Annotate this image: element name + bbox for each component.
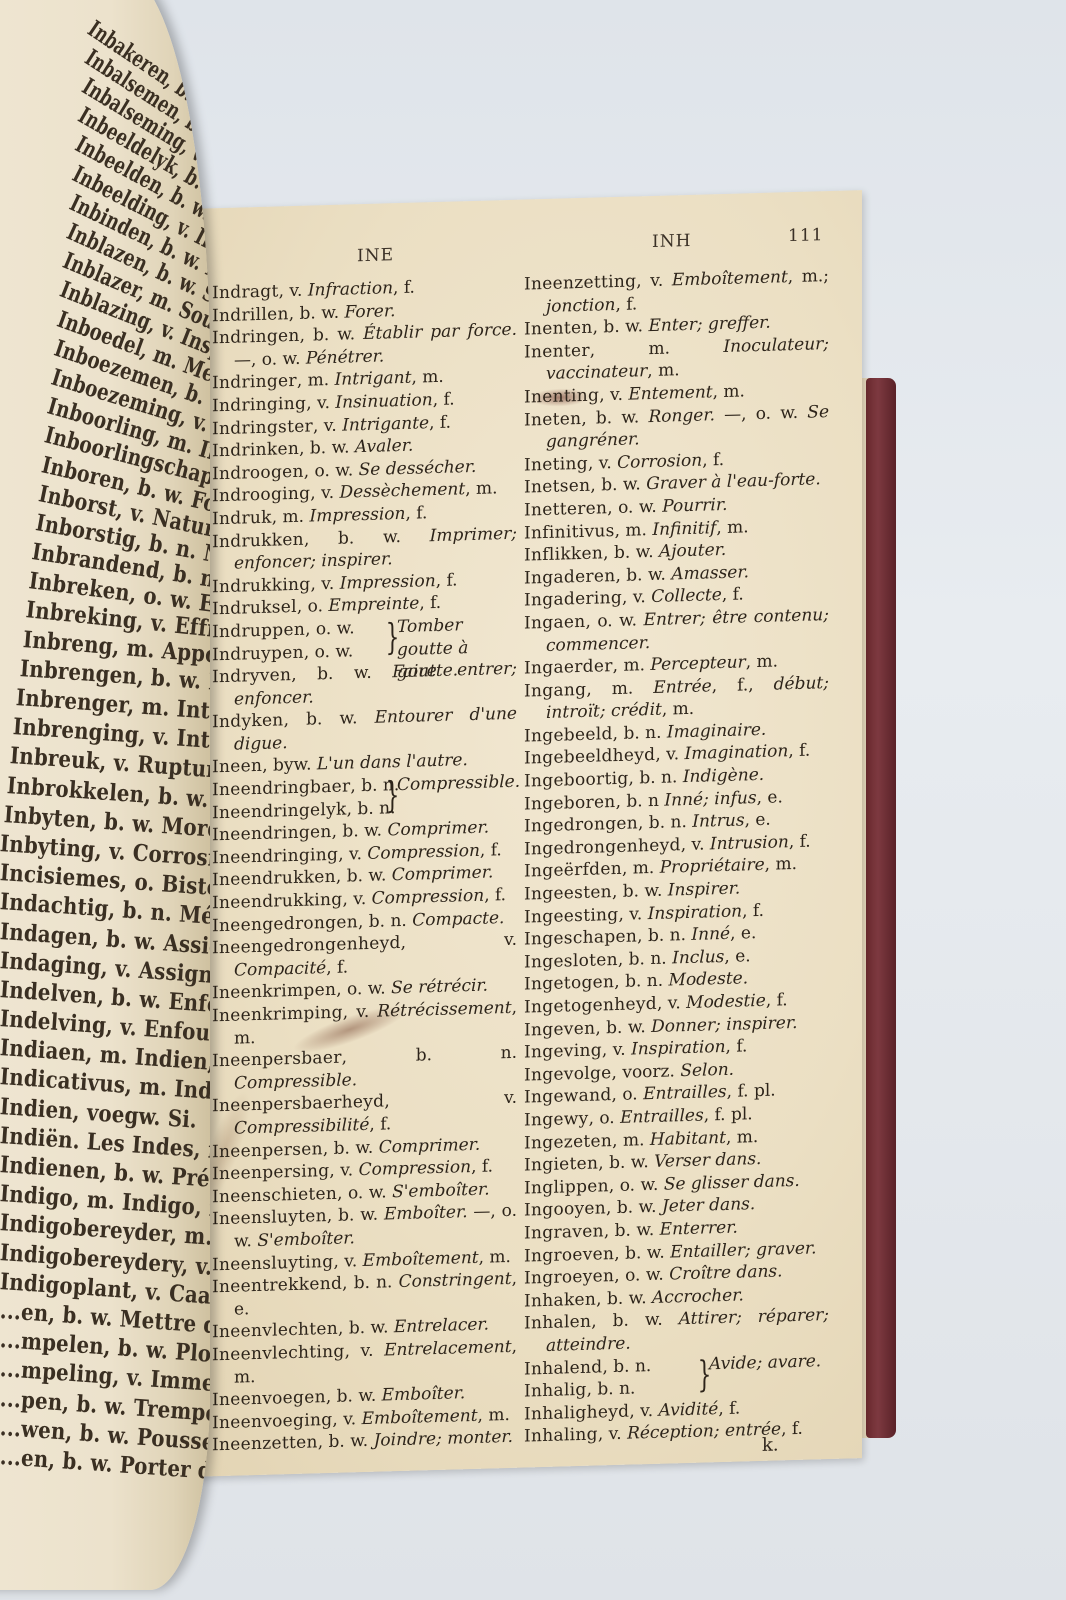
headword: Ingeërfden bbox=[524, 859, 622, 882]
headword: Inhalig bbox=[524, 1380, 587, 1402]
gender-label: , f. bbox=[781, 1419, 803, 1440]
grammar-label: , b. w. bbox=[304, 526, 430, 550]
translation: Intrigante bbox=[342, 413, 429, 435]
headword: Inhaligheyd bbox=[524, 1401, 629, 1424]
translation: Insinuation bbox=[335, 390, 432, 413]
headword: Indroogen bbox=[212, 461, 304, 484]
gender-label: , m. bbox=[411, 367, 443, 388]
grammar-label: , b. w. bbox=[323, 1137, 379, 1159]
headword: Indragt bbox=[212, 281, 279, 303]
headword: Indrukking bbox=[212, 574, 311, 597]
gender-label: , f. bbox=[718, 1398, 740, 1419]
headword: Ineenkrimpen bbox=[212, 980, 336, 1003]
headword: Indrukken bbox=[212, 529, 304, 552]
translation: Verser dans. bbox=[654, 1149, 761, 1172]
book-cover-edge bbox=[866, 378, 896, 1438]
headword: Ineenzetten bbox=[212, 1433, 318, 1456]
translation: Emboîtement bbox=[362, 1406, 478, 1429]
grammar-label: , b. n. bbox=[358, 910, 412, 932]
grammar-label: , b. w. bbox=[595, 1017, 651, 1039]
grammar-label: , v. bbox=[338, 844, 367, 865]
translation: Accrocher. bbox=[652, 1285, 744, 1308]
dictionary-page: INE INH 111 Indragt, v. Infraction, f.In… bbox=[150, 190, 862, 1478]
headword: Inhalen bbox=[524, 1312, 591, 1334]
headword: Indrillen bbox=[212, 304, 289, 326]
translation: Intrus bbox=[692, 811, 744, 832]
grammar-label: , o. w. bbox=[305, 618, 355, 639]
grammar-label: , o. bbox=[589, 1108, 621, 1129]
bracketed-entry-group: Indruppen, o. w. Indruypen, o. w. Tomber… bbox=[212, 613, 517, 667]
headword: Ineengedrongenheyd bbox=[212, 933, 401, 958]
grammar-label: , v. bbox=[313, 415, 342, 436]
grammar-label: , v. bbox=[598, 1424, 627, 1445]
translation: Intrusion bbox=[710, 832, 789, 854]
translation: Entrelacement bbox=[384, 1337, 512, 1361]
translation: Infinitif bbox=[652, 518, 716, 540]
grammar-label: , m. bbox=[586, 678, 653, 700]
grammar-label: , b. w. bbox=[596, 1288, 652, 1310]
translation: Dessèchement bbox=[340, 480, 466, 504]
translation: Impression bbox=[340, 571, 436, 594]
translation: Donner; inspirer. bbox=[651, 1013, 797, 1037]
headword: Ineenvoegen bbox=[212, 1387, 326, 1410]
grammar-label: , o. w. bbox=[607, 497, 662, 519]
gender-label: , f. bbox=[471, 1157, 493, 1178]
translation: Se rétrécir. bbox=[391, 976, 488, 999]
grammar-label: , m. bbox=[613, 655, 651, 676]
grammar-label: , b. n. bbox=[602, 1355, 651, 1376]
translation: Modeste. bbox=[669, 969, 749, 991]
grammar-label: , o. w. bbox=[337, 1182, 392, 1204]
headword: Ineenpersing bbox=[212, 1161, 329, 1184]
headword: Ineen bbox=[212, 756, 262, 777]
translation: Enterrer. bbox=[660, 1218, 738, 1240]
headword: Indryven bbox=[212, 665, 291, 687]
translation: Pourrir. bbox=[662, 495, 727, 517]
headword: Ineenpersbaer bbox=[212, 1048, 342, 1072]
headword: Ingeving bbox=[524, 1041, 602, 1063]
grammar-label: , m. bbox=[272, 506, 310, 527]
translation: Compression bbox=[367, 841, 480, 864]
grammar-label: , m. bbox=[622, 858, 660, 879]
grammar-label: , b. w. bbox=[300, 324, 363, 346]
headword: Inenting bbox=[524, 385, 599, 407]
bracketed-entry-group: Ineendringbaer, b. n. Ineendringelyk, b.… bbox=[212, 771, 517, 825]
gender-label: , f. bbox=[484, 885, 506, 906]
gender-label: , f. bbox=[722, 585, 744, 606]
translation: Comprimer. bbox=[379, 1134, 481, 1157]
headword: Ineting bbox=[524, 454, 588, 476]
translation: Réception; entrée bbox=[627, 1420, 781, 1444]
translation: Forer. bbox=[345, 301, 396, 322]
translation: Jeter dans. bbox=[662, 1194, 755, 1217]
grammar-label: , b. n. bbox=[342, 1272, 398, 1294]
grammar-label: , v. bbox=[343, 1002, 378, 1023]
translation: Entrée bbox=[653, 676, 711, 698]
headword: Inenten bbox=[524, 318, 593, 340]
headword: Indringen bbox=[212, 326, 300, 348]
translation: Corrosion bbox=[617, 450, 702, 472]
headword: Ineensluyten bbox=[212, 1206, 327, 1229]
gender-label: , f. bbox=[369, 1114, 391, 1135]
gender-label: , e. bbox=[745, 810, 771, 831]
grammar-label: , o. bbox=[297, 596, 329, 617]
grammar-label: , b. w. bbox=[612, 881, 668, 903]
translation: Propriétaire bbox=[660, 855, 765, 878]
grammar-label: , b. w. bbox=[604, 1220, 660, 1242]
grammar-label: , v. bbox=[655, 745, 684, 766]
signature-mark: k. bbox=[762, 1434, 779, 1455]
grammar-label: , v. bbox=[681, 834, 710, 855]
translation: Entrailles bbox=[643, 1082, 727, 1104]
grammar-label: , v. bbox=[619, 904, 648, 925]
translation: Selon. bbox=[680, 1059, 734, 1081]
grammar-label: , v. bbox=[599, 385, 628, 406]
headword: Ingetogenheyd bbox=[524, 994, 657, 1018]
grammar-label: , b. w. bbox=[326, 1386, 382, 1408]
headword: Ineendringing bbox=[212, 845, 338, 869]
translation: Imaginaire. bbox=[667, 720, 766, 743]
gender-label: , f. bbox=[766, 990, 788, 1011]
headword: Inglippen bbox=[524, 1176, 609, 1198]
translation: L'un dans l'autre. bbox=[317, 751, 468, 775]
translation: Compression bbox=[372, 886, 485, 909]
headword: Inetteren bbox=[524, 498, 607, 520]
headword: Indruypen bbox=[212, 642, 304, 665]
left-column: Indragt, v. Infraction, f.Indrillen, b. … bbox=[212, 274, 517, 1457]
translation: jonction bbox=[546, 295, 615, 317]
gender-label: , m. bbox=[647, 361, 679, 382]
gender-label: , e. bbox=[757, 787, 783, 808]
headword: Ingevolge bbox=[524, 1063, 612, 1085]
headword: Indruksel bbox=[212, 597, 297, 619]
grammar-label: , b. n. bbox=[638, 812, 692, 834]
headword: Inflikken bbox=[524, 543, 603, 565]
translation: Emboîtement bbox=[672, 267, 788, 290]
grammar-label: , v. bbox=[602, 1040, 631, 1061]
shared-translation: Compressible. bbox=[381, 771, 517, 797]
translation: Ronger. bbox=[648, 405, 715, 427]
grammar-label: , b. n. bbox=[613, 722, 667, 744]
translation: Amasser. bbox=[671, 562, 749, 584]
headword: Ingewy bbox=[524, 1109, 589, 1131]
grammar-label: , b. n. bbox=[637, 925, 691, 947]
translation: Compacité bbox=[234, 958, 326, 981]
grammar-label: , b. w. bbox=[593, 316, 649, 338]
translation: Inné bbox=[691, 924, 730, 945]
grammar-label: , b. w. bbox=[606, 1197, 662, 1219]
headword: Ingieten bbox=[524, 1154, 598, 1176]
translation: Joindre; monter. bbox=[374, 1427, 514, 1451]
translation: Infraction bbox=[308, 278, 393, 300]
grammar-label: , v. bbox=[345, 1340, 384, 1361]
translation: Se dessécher. bbox=[359, 457, 477, 480]
grammar-label: , b. n. bbox=[629, 767, 683, 789]
headword: Infinitivus bbox=[524, 521, 615, 544]
translation: Intrigant bbox=[335, 368, 412, 390]
headword: Indringer bbox=[212, 371, 297, 393]
grammar-label: , v. bbox=[622, 587, 651, 608]
headword: Ineengedrongen bbox=[212, 912, 358, 936]
grammar-label: , o. w. bbox=[304, 460, 359, 482]
headword: Ingaerder bbox=[524, 656, 613, 678]
gender-label: , m. bbox=[726, 1127, 758, 1148]
headword: Ingewand bbox=[524, 1085, 612, 1107]
grammar-label: , v. bbox=[384, 1088, 517, 1112]
grammar-label: , voorz. bbox=[612, 1061, 681, 1083]
gender-label: , f. bbox=[419, 593, 441, 614]
translation: Collecte bbox=[651, 585, 722, 607]
gender-label: , f. bbox=[405, 503, 427, 524]
grammar-label: , v. bbox=[279, 281, 308, 302]
grammar-label: , byw. bbox=[262, 755, 317, 777]
gender-label: , f. bbox=[433, 389, 455, 410]
headword: Ingadering bbox=[524, 588, 622, 611]
gender-label: , f. bbox=[393, 278, 415, 299]
grammar-label: , m. bbox=[612, 1130, 650, 1151]
headword: Ineentrekkend bbox=[212, 1274, 342, 1298]
translation: Entrelacer. bbox=[394, 1315, 489, 1338]
gender-label: —, o. w. bbox=[715, 402, 807, 425]
grammar-label: , b. w. bbox=[581, 407, 648, 429]
gender-label: , m. bbox=[478, 1405, 510, 1426]
gender-label: , f. bbox=[726, 1037, 748, 1058]
grammar-label: , m. bbox=[297, 370, 335, 391]
grammar-label: , v. bbox=[636, 270, 672, 291]
translation: Ajouter. bbox=[659, 540, 726, 562]
gender-label: , m. bbox=[746, 652, 778, 673]
grammar-label: , o. bbox=[612, 1085, 644, 1106]
headword: Ingaderen bbox=[524, 566, 615, 589]
grammar-label: , m. bbox=[590, 337, 724, 361]
headword: Ineendringen bbox=[212, 822, 332, 845]
headword: Ingebeeld bbox=[524, 724, 613, 746]
translation: Rétrécissement bbox=[377, 998, 511, 1022]
headword: Ineenkrimping bbox=[212, 1003, 343, 1027]
grammar-label: , b. w. bbox=[614, 1242, 670, 1264]
gender-label: , f. pl. bbox=[727, 1081, 776, 1102]
headword: Ingeboren bbox=[524, 792, 616, 815]
gender-label: , f. pl. bbox=[704, 1104, 753, 1125]
headword: Inhalend bbox=[524, 1357, 602, 1379]
headword: Ineenpersen bbox=[212, 1139, 323, 1162]
grammar-label: , v. bbox=[311, 573, 340, 594]
headword: Indruk bbox=[212, 508, 272, 530]
grammar-label: , b. w. bbox=[284, 708, 375, 731]
running-head: INE INH 111 bbox=[202, 222, 852, 270]
gender-label: , e. bbox=[730, 923, 756, 944]
grammar-label: , v. bbox=[588, 453, 617, 474]
gender-label: , e. bbox=[724, 946, 750, 967]
grammar-label: , b. n bbox=[616, 790, 665, 811]
translation: S'emboîter. bbox=[257, 1228, 355, 1251]
translation: Compression bbox=[359, 1157, 472, 1180]
gender-label: , m. bbox=[713, 381, 745, 402]
left-curled-page: Inbakeren, b. w. B...Inbalsemen, b. w. E… bbox=[0, 0, 210, 1590]
gender-label: , f. bbox=[742, 900, 764, 921]
translation: Entement bbox=[628, 382, 712, 404]
headword: Indruppen bbox=[212, 620, 305, 643]
gender-label: , m.; bbox=[788, 266, 829, 287]
gender-label: , m. bbox=[479, 1246, 511, 1267]
translation: Inné; infus bbox=[664, 788, 756, 811]
translation: Empreinte bbox=[328, 594, 419, 617]
grammar-label: , v. bbox=[306, 393, 335, 414]
grammar-label: , o. w. bbox=[586, 610, 644, 632]
running-head-left: INE bbox=[357, 245, 394, 266]
translation: Établir par force. bbox=[363, 320, 517, 344]
grammar-label: , b. w. bbox=[299, 437, 355, 459]
headword: Ineendrukken bbox=[212, 867, 336, 890]
translation: Comprimer. bbox=[392, 863, 494, 886]
translation: Enter; greffer. bbox=[648, 313, 770, 336]
translation: S'emboîter. bbox=[392, 1179, 490, 1202]
translation: Avidité bbox=[659, 1399, 719, 1421]
translation: Imagination bbox=[685, 742, 789, 765]
translation: Percepteur bbox=[650, 652, 745, 675]
grammar-label: , o. w. bbox=[336, 979, 391, 1001]
gender-label: , m. bbox=[465, 479, 497, 500]
right-column: Ineenzetting, v. Emboîtement, m.; joncti… bbox=[524, 265, 829, 1448]
translation: Inspiration bbox=[648, 901, 742, 924]
headword: Indrooging bbox=[212, 484, 310, 507]
grammar-label: , b. w. bbox=[591, 1310, 678, 1332]
running-head-right: INH bbox=[652, 231, 691, 252]
grammar-label: , b. w. bbox=[291, 662, 392, 685]
gender-label: —, o. w. bbox=[234, 348, 306, 370]
grammar-label: , v. bbox=[332, 1409, 361, 1430]
grammar-label: , v. bbox=[657, 993, 686, 1014]
translation: Inclus bbox=[672, 947, 724, 968]
left-page-entries: Inbakeren, b. w. B...Inbalsemen, b. w. E… bbox=[0, 10, 210, 1469]
headword: Ingeboortig bbox=[524, 769, 629, 792]
grammar-label: , b. n. bbox=[342, 1043, 517, 1068]
translation: Inspirer. bbox=[668, 879, 741, 901]
grammar-label: , v. bbox=[333, 1251, 362, 1272]
grammar-label: , o. w. bbox=[304, 641, 354, 662]
grammar-label: , b. n. bbox=[614, 971, 668, 993]
gender-label: , f., bbox=[712, 674, 774, 696]
grammar-label: , b. w. bbox=[590, 474, 646, 496]
translation: Comprimer. bbox=[387, 818, 489, 841]
headword: Indrinken bbox=[212, 439, 299, 461]
grammar-label: , b. w. bbox=[603, 542, 659, 564]
gender-label: , f. bbox=[436, 570, 458, 591]
gender-label: , m. bbox=[765, 854, 797, 875]
headword: Ineenvoeging bbox=[212, 1410, 332, 1433]
headword: Indyken bbox=[212, 711, 284, 733]
translation: Emboîter. bbox=[384, 1202, 468, 1224]
translation: Se glisser dans. bbox=[664, 1171, 800, 1195]
headword: Ineenpersbaerheyd bbox=[212, 1092, 384, 1117]
headword: Ingedrongen bbox=[524, 814, 638, 837]
headword: Ingedrongenheyd bbox=[524, 835, 681, 859]
headword: Ineenvlechten bbox=[212, 1319, 338, 1343]
page-number: 111 bbox=[788, 225, 823, 246]
grammar-label: , b. w. bbox=[318, 1431, 374, 1453]
grammar-label: , b. w. bbox=[336, 866, 392, 888]
grammar-label: , m. bbox=[615, 519, 653, 540]
headword: Ingeschapen bbox=[524, 927, 637, 950]
headword: Ingeesten bbox=[524, 882, 612, 904]
headword: Ingroeven bbox=[524, 1244, 614, 1267]
gender-label: , m. bbox=[716, 517, 748, 538]
translation: Impression bbox=[309, 504, 405, 527]
grammar-label: , b. w. bbox=[338, 1318, 394, 1340]
grammar-label: , b. w. bbox=[327, 1205, 384, 1227]
shared-translation: Tomber goutte à goutte. bbox=[381, 613, 517, 685]
headword: Ingang bbox=[524, 679, 586, 701]
translation: Modestie bbox=[686, 991, 766, 1013]
translation: Inspiration bbox=[631, 1037, 725, 1060]
headword: Ineten bbox=[524, 409, 581, 431]
gender-label: , m. bbox=[662, 699, 694, 720]
grammar-label: , v. bbox=[629, 1400, 658, 1421]
headword: Ineenvlechting bbox=[212, 1341, 345, 1365]
translation: Compressible. bbox=[234, 1070, 357, 1093]
headword: Ineendringelyk bbox=[212, 799, 347, 823]
headword: Indringing bbox=[212, 394, 306, 417]
gender-label: , f. bbox=[615, 294, 637, 315]
headword: Ineenschieten bbox=[212, 1184, 337, 1207]
translation: Compacte. bbox=[412, 908, 504, 931]
gender-label: , f. bbox=[789, 831, 811, 852]
gender-label: , f. bbox=[788, 741, 810, 762]
translation: Emboîter. bbox=[382, 1383, 466, 1405]
translation: Entailler; graver. bbox=[670, 1238, 816, 1262]
translation: Compressibilité bbox=[234, 1115, 369, 1139]
headword: Ineendringbaer bbox=[212, 776, 350, 800]
grammar-label: , b. w. bbox=[615, 564, 671, 586]
headword: Ingesloten bbox=[524, 950, 618, 973]
headword: Inhaling bbox=[524, 1425, 598, 1447]
headword: Ingezeten bbox=[524, 1131, 612, 1153]
translation: Emboîtement bbox=[363, 1247, 479, 1270]
headword: Ingebeeldheyd bbox=[524, 745, 655, 769]
headword: Ingeesting bbox=[524, 905, 619, 928]
gender-label: , f. bbox=[480, 840, 502, 861]
headword: Ingroeyen bbox=[524, 1266, 614, 1289]
bracketed-entry-group: Inhalend, b. n. Inhalig, b. n. Avide; av… bbox=[524, 1350, 829, 1404]
headword: Inetsen bbox=[524, 476, 590, 498]
translation: Pénétrer. bbox=[306, 346, 384, 368]
headword: Ingetogen bbox=[524, 972, 614, 995]
grammar-label: , v. bbox=[329, 1160, 358, 1181]
headword: Ineensluyting bbox=[212, 1251, 333, 1274]
headword: Ingooyen bbox=[524, 1199, 606, 1221]
translation: Croître dans. bbox=[669, 1261, 782, 1284]
grammar-label: , o. w. bbox=[614, 1265, 669, 1287]
headword: Ineendrukking bbox=[212, 890, 342, 914]
headword: Ingraven bbox=[524, 1221, 604, 1243]
grammar-label: , o. w. bbox=[609, 1174, 664, 1196]
translation: Avaler. bbox=[355, 436, 414, 458]
grammar-label: , b. n. bbox=[587, 1379, 636, 1400]
translation: Habitant bbox=[650, 1127, 726, 1149]
gender-label: , f. bbox=[326, 957, 348, 978]
headword: Ineenzetting bbox=[524, 271, 636, 294]
grammar-label: , v. bbox=[310, 483, 339, 504]
gender-label: , f. bbox=[702, 450, 724, 471]
grammar-label: , v. bbox=[401, 930, 517, 953]
grammar-label: , b. w. bbox=[332, 821, 388, 843]
headword: Inhaken bbox=[524, 1289, 596, 1311]
grammar-label: , v. bbox=[342, 889, 371, 910]
shared-translation: Avide; avare. bbox=[693, 1350, 829, 1376]
grammar-label: , b. n. bbox=[618, 948, 672, 970]
translation: Indigène. bbox=[683, 765, 764, 787]
translation: Entrailles bbox=[620, 1106, 704, 1128]
